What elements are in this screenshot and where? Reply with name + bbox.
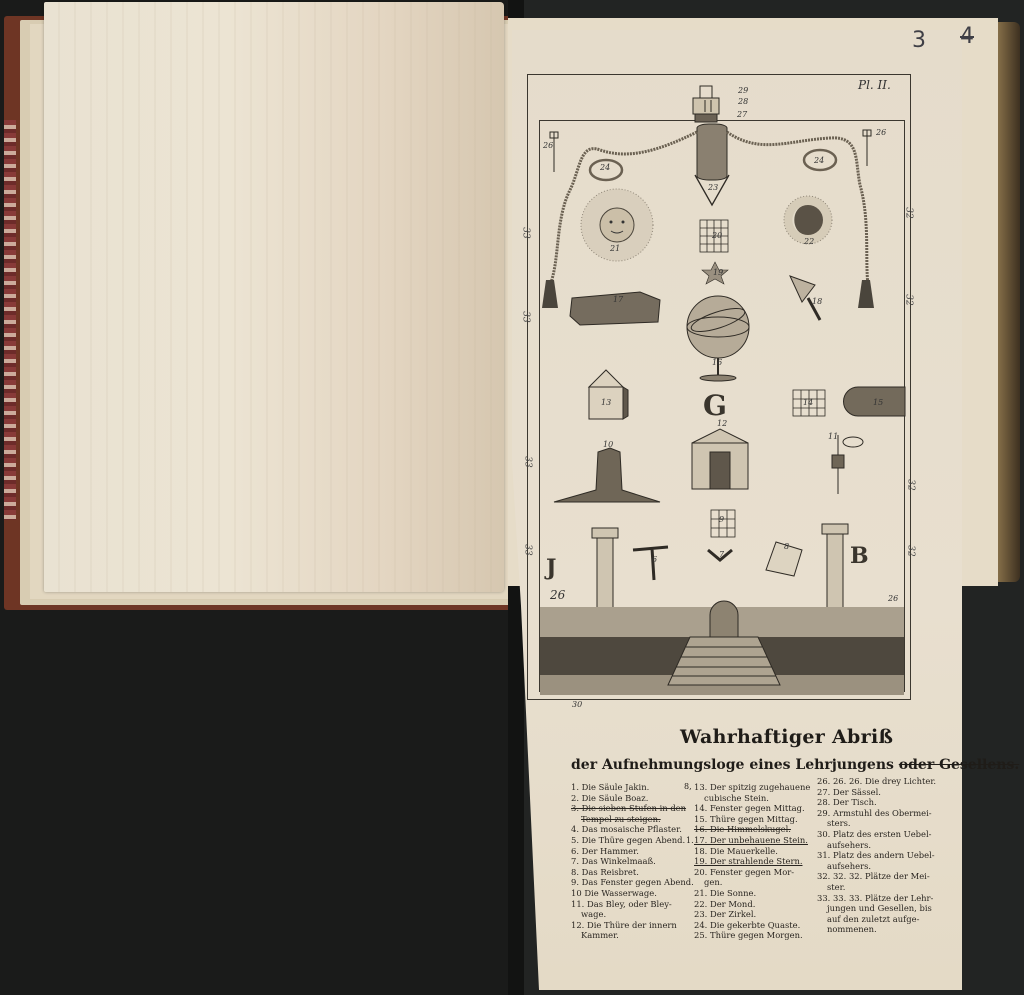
legend-item: ster.: [817, 882, 936, 893]
figure-number: 8: [784, 542, 789, 551]
margin-number: 33: [521, 311, 531, 322]
legend-item: 10 Die Wasserwage.: [571, 888, 694, 899]
legend-item: 30. Platz des ersten Uebel-: [817, 829, 936, 840]
figure-number: 28: [738, 97, 748, 106]
figure-number: 10: [603, 440, 613, 449]
legend-item: 5. Die Thüre gegen Abend.: [571, 835, 694, 846]
plate-subtitle: der Aufnehmungsloge eines Lehrjungens od…: [571, 757, 1019, 773]
blank-left-page: [44, 2, 504, 592]
legend-item: 29. Armstuhl des Obermei-: [817, 808, 936, 819]
legend-item: nommenen.: [817, 924, 936, 935]
margin-number: 33: [521, 227, 531, 238]
tassel-icon: [542, 280, 558, 308]
handwritten-annotation: 1.: [686, 836, 694, 845]
figure-number: 26: [543, 141, 553, 150]
legend-item: 33. 33. 33. Plätze der Lehr-: [817, 893, 936, 904]
letter-j: J: [544, 555, 556, 581]
legend-item: aufsehers.: [817, 861, 936, 872]
figure-number: 17: [613, 295, 623, 304]
figure-number: 12: [717, 419, 727, 428]
legend-item: 23. Der Zirkel.: [694, 909, 810, 920]
legend-item: 6. Der Hammer.: [571, 846, 694, 857]
legend-item: 11. Das Bley, oder Bley-: [571, 899, 694, 910]
master-chair-icon: [693, 86, 727, 180]
legend-item: 9. Das Fenster gegen Abend.: [571, 877, 694, 888]
legend-item: 21. Die Sonne.: [694, 888, 810, 899]
bottom-number: 30: [572, 700, 582, 709]
figure-number: 13: [601, 398, 611, 407]
legend-item: Kammer.: [571, 930, 694, 941]
legend-item: 18. Die Mauerkelle.: [694, 846, 810, 857]
legend-item: 27. Der Sässel.: [817, 787, 936, 798]
legend-item: 28. Der Tisch.: [817, 797, 936, 808]
legend-item: 13. Der spitzig zugehauene: [694, 782, 810, 793]
figure-number: 29: [738, 86, 748, 95]
figure-number: 26: [888, 594, 898, 603]
legend-item: 7. Das Winkelmaaß.: [571, 856, 694, 867]
legend-item: 24. Die gekerbte Quaste.: [694, 920, 810, 931]
legend-item-struck: 3. Die sieben Stufen in den: [571, 803, 694, 814]
figure-number: 6: [652, 555, 657, 564]
margin-number: 33: [523, 544, 533, 555]
handwritten-annotation: 8,: [684, 782, 692, 791]
subtitle-struck: oder Gesellens.: [899, 757, 1019, 773]
marbled-edge: [4, 120, 16, 520]
figure-number: 18: [812, 297, 822, 306]
legend-column-2: 13. Der spitzig zugehauene cubische Stei…: [694, 782, 810, 941]
figure-number: 26: [876, 128, 886, 137]
legend-item: 8. Das Reisbret.: [571, 867, 694, 878]
legend-item: 15. Thüre gegen Mittag.: [694, 814, 810, 825]
legend-item: wage.: [571, 909, 694, 920]
figure-number: 21: [610, 244, 620, 253]
figure-number: 24: [814, 156, 824, 165]
legend-item-struck: 16. Die Himmelskugel.: [694, 824, 810, 835]
legend-item: aufsehers.: [817, 840, 936, 851]
figure-number: 24: [600, 163, 610, 172]
figure-number: 26: [550, 588, 565, 602]
legend-item: 1. Die Säule Jakin.: [571, 782, 694, 793]
letter-g: G: [703, 389, 727, 422]
legend-item: 14. Fenster gegen Mittag.: [694, 803, 810, 814]
legend-item: gen.: [694, 877, 810, 888]
legend-item-struck: Tempel zu steigen.: [571, 814, 694, 825]
legend-item: 31. Platz des andern Uebel-: [817, 850, 936, 861]
engraving-illustration: G J B: [540, 80, 910, 695]
pencil-page-number: 3: [912, 28, 926, 53]
figure-number: 22: [804, 237, 814, 246]
legend-item: 22. Der Mond.: [694, 899, 810, 910]
legend-item: jungen und Gesellen, bis: [817, 903, 936, 914]
figure-number: 11: [828, 432, 838, 441]
subtitle-main: der Aufnehmungsloge eines Lehrjungens: [571, 757, 899, 773]
pencil-crossed-number: 4: [960, 24, 974, 49]
legend-column-1: 1. Die Säule Jakin. 2. Die Säule Boaz. 3…: [571, 782, 694, 941]
legend-item: 2. Die Säule Boaz.: [571, 793, 694, 804]
figure-number: 27: [737, 110, 747, 119]
figure-number: 19: [713, 268, 723, 277]
legend-item: cubische Stein.: [694, 793, 810, 804]
legend-item: 25. Thüre gegen Morgen.: [694, 930, 810, 941]
figure-number: 15: [873, 398, 883, 407]
tassel-icon: [858, 280, 874, 308]
legend-item: 20. Fenster gegen Mor-: [694, 867, 810, 878]
legend-item: 4. Das mosaische Pflaster.: [571, 824, 694, 835]
figure-number: 23: [708, 183, 718, 192]
legend-item: 17. Der unbehauene Stein.: [694, 835, 810, 846]
legend-item: 26. 26. 26. Die drey Lichter.: [817, 776, 936, 787]
legend-column-3: 26. 26. 26. Die drey Lichter. 27. Der Sä…: [817, 776, 936, 935]
margin-number: 33: [523, 456, 533, 467]
legend-item: sters.: [817, 818, 936, 829]
legend-item: 12. Die Thüre der innern: [571, 920, 694, 931]
legend-item: 19. Der strahlende Stern.: [694, 856, 810, 867]
legend-item: auf den zuletzt aufge-: [817, 914, 936, 925]
figure-number: 9: [719, 515, 724, 524]
letter-b: B: [850, 543, 869, 569]
figure-number: 7: [719, 550, 724, 559]
legend-item: 32. 32. 32. Plätze der Mei-: [817, 871, 936, 882]
figure-number: 16: [712, 358, 722, 367]
figure-number: 14: [803, 398, 813, 407]
plate-title: Wahrhaftiger Abriß: [680, 726, 893, 748]
figure-number: 20: [712, 231, 722, 240]
